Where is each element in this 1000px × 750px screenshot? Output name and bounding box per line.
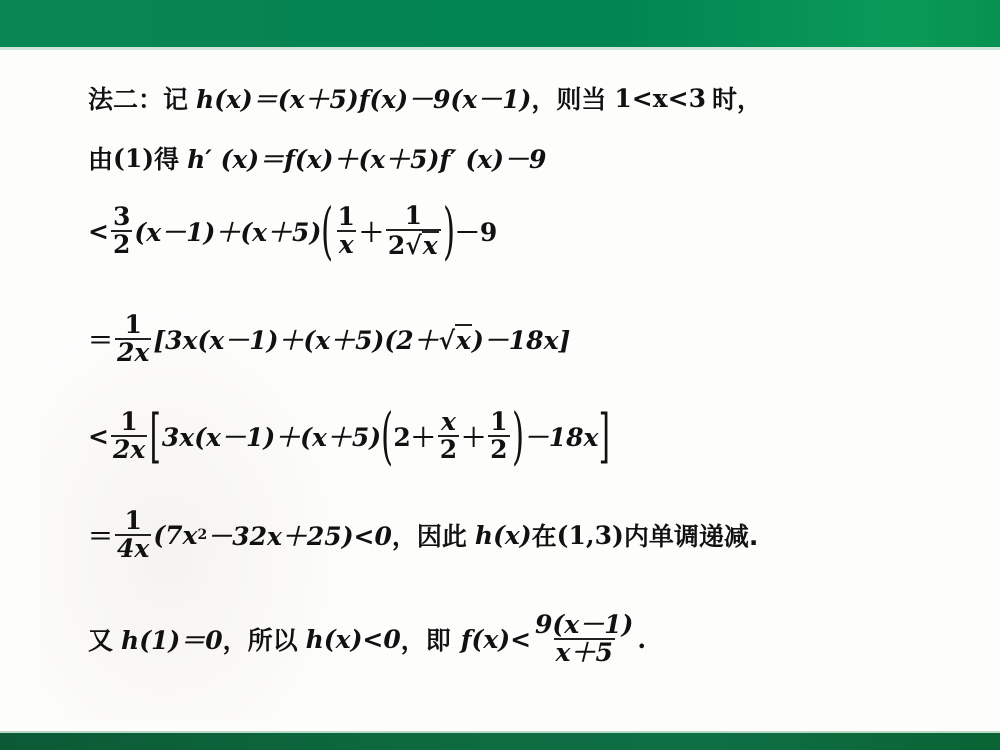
fraction: 1 2√x (386, 203, 441, 260)
fraction: 3 2 (111, 204, 132, 259)
math-expression: h(1)＝0 (121, 621, 223, 657)
math-expression: 2＋ (393, 418, 435, 454)
math-expression: 3x(x－1)＋(x＋5) (162, 418, 381, 454)
less-than: < (88, 422, 109, 451)
math-expression: 1<x<3 (614, 84, 706, 113)
numerator: x (439, 409, 458, 435)
denominator: x＋5 (554, 638, 615, 666)
numerator: 1 (488, 409, 509, 435)
denominator: x (337, 230, 356, 258)
text: 在 (532, 517, 557, 553)
solution-line-5: < 1 2x [ 3x(x－1)＋(x＋5) ( 2＋ x 2 ＋ 1 2 ) … (88, 405, 611, 467)
sqrt-sign-icon: √ (439, 326, 455, 355)
math-expression: －32x＋25)<0 (207, 517, 392, 553)
numerator: 3 (111, 204, 132, 230)
denominator: 2√x (386, 229, 441, 259)
solution-line-1: 法二：记 h(x)＝(x＋5)f(x)－9(x－1) ，则当 1<x<3 时， (88, 80, 762, 116)
denominator: 2 (438, 435, 459, 463)
numerator: 1 (403, 203, 424, 229)
radicand: x (455, 324, 472, 355)
fraction: x 2 (438, 409, 459, 464)
text: 又 (88, 621, 113, 657)
fraction: 9(x－1) x＋5 (533, 612, 635, 667)
right-paren: ) (512, 405, 524, 467)
text: ，所以 (223, 621, 298, 657)
solution-line-7: 又 h(1)＝0 ，所以 h(x)<0 ，即 f(x)< 9(x－1) x＋5 … (88, 612, 646, 667)
denominator: 2 (111, 230, 132, 258)
left-paren: ( (321, 200, 333, 262)
fraction: 1 4x (115, 508, 151, 563)
coefficient: 2 (388, 231, 405, 260)
text: ，因此 (392, 517, 467, 553)
math-expression: [3x(x－1)＋(x＋5)(2＋ (153, 321, 438, 357)
solution-line-6: ＝ 1 4x (7x2 －32x＋25)<0 ，因此 h(x) 在 (1,3) … (88, 508, 758, 563)
numerator: 1 (118, 409, 139, 435)
equals: ＝ (88, 517, 113, 553)
math-expression: －9 (455, 213, 497, 249)
exponent: 2 (197, 527, 207, 543)
right-paren: ) (443, 200, 455, 262)
math-expression: (x－1)＋(x＋5) (134, 213, 321, 249)
slide-header-bar (0, 0, 1000, 50)
numerator: 1 (335, 204, 356, 230)
text: 由 (88, 140, 113, 176)
fraction: 1 2x (111, 409, 147, 464)
equals: ＝ (88, 321, 113, 357)
slide-footer-bar (0, 731, 1000, 750)
left-paren: ( (381, 405, 393, 467)
text: ，即 (401, 621, 451, 657)
math-expression: －18x (524, 418, 599, 454)
period: . (637, 625, 646, 654)
method-label: 法二：记 (88, 80, 188, 116)
solution-line-2: 由 (1) 得 h′ (x)＝f(x)＋(x＋5)f′ (x)－9 (88, 140, 546, 176)
denominator: 2 (488, 435, 509, 463)
conclusion-text: 内单调递减. (624, 517, 759, 553)
math-expression: h(x)<0 (306, 625, 401, 654)
solution-line-4: ＝ 1 2x [3x(x－1)＋(x＋5)(2＋ √x )－18x] (88, 312, 570, 367)
numerator: 9(x－1) (533, 612, 635, 638)
fraction: 1 2x (115, 312, 151, 367)
numerator: 1 (122, 508, 143, 534)
numerator: 1 (122, 312, 143, 338)
math-expression: f(x)< (461, 625, 531, 654)
denominator: 4x (115, 534, 151, 562)
sqrt-sign-icon: √ (405, 233, 421, 259)
interval: (1,3) (557, 521, 624, 550)
denominator: 2x (111, 435, 147, 463)
reference: (1) (113, 144, 154, 173)
math-expression: h(x) (475, 521, 532, 550)
plus: ＋ (359, 213, 384, 249)
less-than: < (88, 217, 109, 246)
text: ，则当 (531, 80, 606, 116)
fraction: 1 x (335, 204, 356, 259)
radicand: x (422, 231, 439, 259)
math-expression: h′ (x)＝f(x)＋(x＋5)f′ (x)－9 (187, 140, 546, 176)
right-bracket: ] (599, 407, 610, 465)
text: 得 (154, 140, 179, 176)
math-expression: (7x (153, 521, 197, 550)
solution-line-3: < 3 2 (x－1)＋(x＋5) ( 1 x ＋ 1 2√x ) －9 (88, 200, 497, 262)
math-expression: h(x)＝(x＋5)f(x)－9(x－1) (196, 80, 531, 116)
sqrt: √x (405, 231, 438, 259)
fraction: 1 2 (488, 409, 509, 464)
sqrt: √x (439, 324, 472, 355)
text: 时， (712, 80, 762, 116)
math-expression: )－18x] (472, 321, 570, 357)
plus: ＋ (461, 418, 486, 454)
left-bracket: [ (150, 407, 161, 465)
denominator: 2x (115, 338, 151, 366)
